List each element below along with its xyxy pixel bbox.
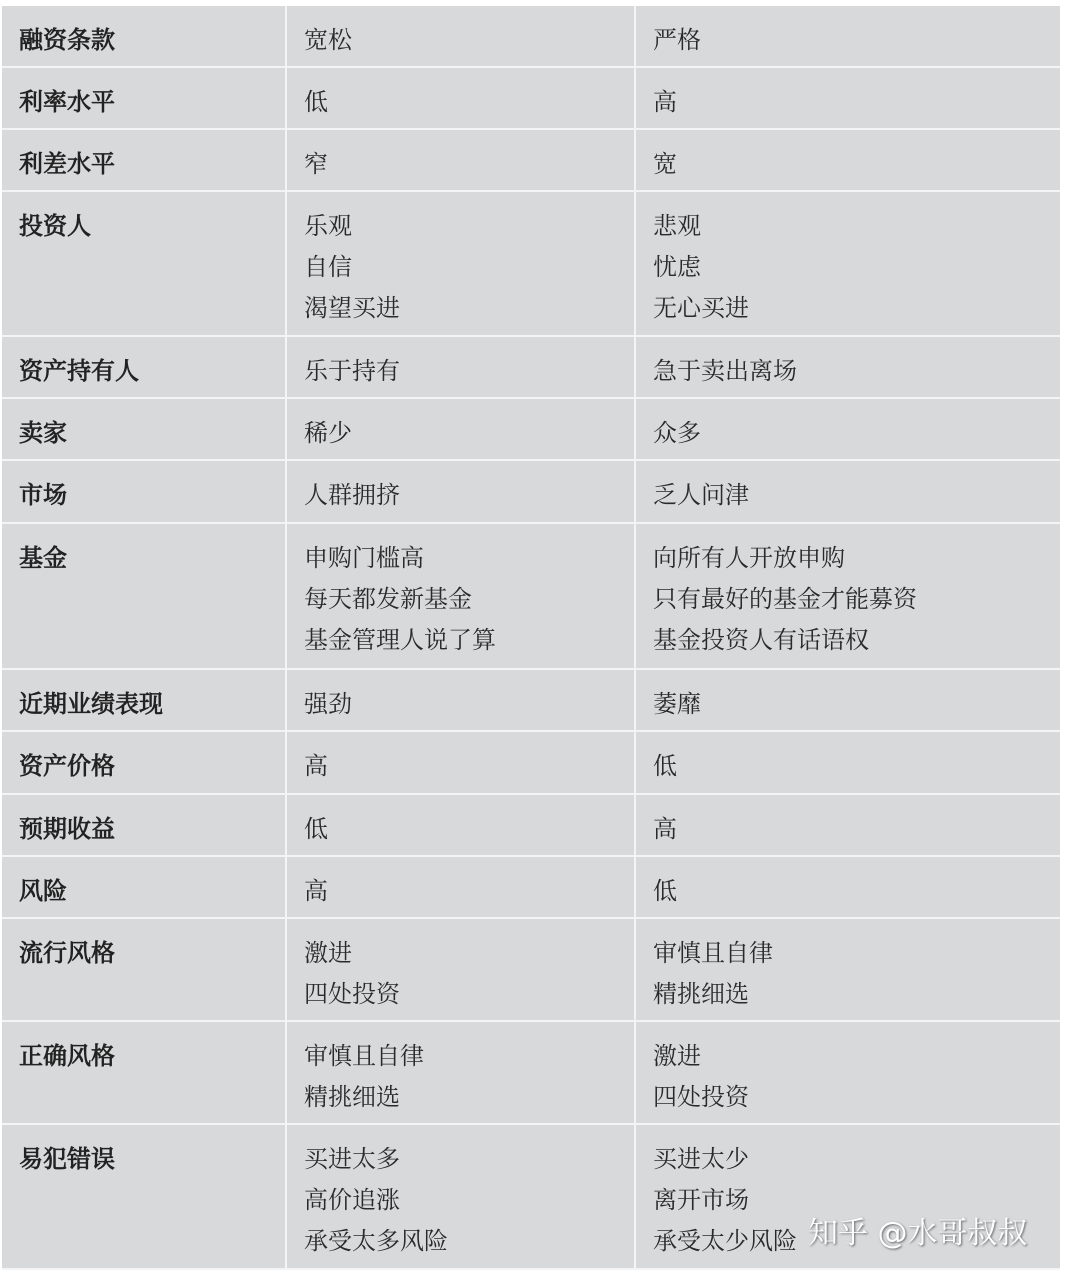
strict-cell: 低 [636,857,1060,917]
loose-cell: 窄 [287,130,636,190]
cell-line: 高价追涨 [304,1180,634,1221]
strict-cell: 众多 [636,399,1060,459]
row-label-cell: 近期业绩表现 [2,670,287,730]
loose-cell: 低 [287,68,636,128]
table-row: 利率水平低高 [2,68,1060,130]
cell-line: 高 [304,871,634,912]
cell-line: 渴望买进 [304,288,634,329]
zhihu-watermark: 知乎 @水哥叔叔 [808,1208,1028,1252]
loose-cell: 乐于持有 [287,337,636,397]
loose-cell: 审慎且自律精挑细选 [287,1022,636,1123]
cell-line: 资产持有人 [19,351,285,392]
row-label-cell: 利差水平 [2,130,287,190]
cell-line: 乏人问津 [653,475,1060,516]
cell-line: 低 [653,746,1060,787]
cell-line: 人群拥挤 [304,475,634,516]
cell-line: 高 [653,809,1060,850]
row-label-cell: 资产持有人 [2,337,287,397]
cell-line: 融资条款 [19,20,285,61]
table-row: 资产价格高低 [2,732,1060,795]
row-label-cell: 资产价格 [2,732,287,793]
strict-cell: 高 [636,68,1060,128]
cell-line: 强劲 [304,684,634,725]
cell-line: 资产价格 [19,746,285,787]
loose-cell: 高 [287,857,636,917]
loose-cell: 稀少 [287,399,636,459]
row-label-cell: 流行风格 [2,919,287,1020]
cell-line: 正确风格 [19,1036,285,1077]
cell-line: 只有最好的基金才能募资 [653,579,1060,620]
strict-cell: 高 [636,795,1060,855]
strict-cell: 悲观忧虑无心买进 [636,192,1060,335]
cell-line: 卖家 [19,413,285,454]
row-label-cell: 正确风格 [2,1022,287,1123]
strict-cell: 急于卖出离场 [636,337,1060,397]
row-label-cell: 基金 [2,524,287,668]
cell-line: 激进 [304,933,634,974]
row-label-cell: 市场 [2,461,287,522]
cell-line: 向所有人开放申购 [653,538,1060,579]
loose-cell: 乐观自信渴望买进 [287,192,636,335]
strict-cell: 审慎且自律精挑细选 [636,919,1060,1020]
cell-line: 悲观 [653,206,1060,247]
cell-line: 买进太少 [653,1139,1060,1180]
table-row: 融资条款宽松严格 [2,6,1060,68]
cell-line: 高 [304,746,634,787]
table-row: 近期业绩表现强劲萎靡 [2,670,1060,732]
cell-line: 四处投资 [304,974,634,1015]
table-row: 卖家稀少众多 [2,399,1060,461]
table-row: 投资人乐观自信渴望买进悲观忧虑无心买进 [2,192,1060,337]
row-label-cell: 投资人 [2,192,287,335]
cell-line: 易犯错误 [19,1139,285,1180]
cell-line: 预期收益 [19,809,285,850]
cell-line: 激进 [653,1036,1060,1077]
cell-line: 乐观 [304,206,634,247]
cell-line: 基金投资人有话语权 [653,620,1060,661]
cell-line: 市场 [19,475,285,516]
strict-cell: 激进四处投资 [636,1022,1060,1123]
cell-line: 低 [304,809,634,850]
row-label-cell: 预期收益 [2,795,287,855]
table-row: 基金申购门槛高每天都发新基金基金管理人说了算向所有人开放申购只有最好的基金才能募… [2,524,1060,670]
cell-line: 宽松 [304,20,634,61]
cell-line: 申购门槛高 [304,538,634,579]
strict-cell: 萎靡 [636,670,1060,730]
table-row: 资产持有人乐于持有急于卖出离场 [2,337,1060,399]
strict-cell: 向所有人开放申购只有最好的基金才能募资基金投资人有话语权 [636,524,1060,668]
strict-cell: 乏人问津 [636,461,1060,522]
cell-line: 四处投资 [653,1077,1060,1118]
table-row: 预期收益低高 [2,795,1060,857]
cell-line: 风险 [19,871,285,912]
cell-line: 低 [653,871,1060,912]
row-label-cell: 风险 [2,857,287,917]
row-label-cell: 易犯错误 [2,1125,287,1268]
loose-cell: 宽松 [287,6,636,66]
cell-line: 无心买进 [653,288,1060,329]
row-label-cell: 利率水平 [2,68,287,128]
cell-line: 低 [304,82,634,123]
cell-line: 自信 [304,247,634,288]
cell-line: 宽 [653,144,1060,185]
cell-line: 基金 [19,538,285,579]
cell-line: 审慎且自律 [304,1036,634,1077]
strict-cell: 严格 [636,6,1060,66]
cell-line: 每天都发新基金 [304,579,634,620]
loose-cell: 买进太多高价追涨承受太多风险 [287,1125,636,1268]
cell-line: 高 [653,82,1060,123]
cell-line: 利率水平 [19,82,285,123]
cell-line: 基金管理人说了算 [304,620,634,661]
cell-line: 买进太多 [304,1139,634,1180]
strict-cell: 低 [636,732,1060,793]
cell-line: 急于卖出离场 [653,351,1060,392]
cell-line: 承受太多风险 [304,1221,634,1262]
table-row: 市场人群拥挤乏人问津 [2,461,1060,524]
loose-cell: 人群拥挤 [287,461,636,522]
table-row: 正确风格审慎且自律精挑细选激进四处投资 [2,1022,1060,1125]
loose-cell: 强劲 [287,670,636,730]
row-label-cell: 卖家 [2,399,287,459]
row-label-cell: 融资条款 [2,6,287,66]
cell-line: 流行风格 [19,933,285,974]
table-row: 利差水平窄宽 [2,130,1060,192]
cell-line: 投资人 [19,206,285,247]
cell-line: 众多 [653,413,1060,454]
table-row: 流行风格激进四处投资审慎且自律精挑细选 [2,919,1060,1022]
cell-line: 乐于持有 [304,351,634,392]
cell-line: 精挑细选 [653,974,1060,1015]
loose-cell: 激进四处投资 [287,919,636,1020]
market-cycle-comparison-table: 融资条款宽松严格利率水平低高利差水平窄宽投资人乐观自信渴望买进悲观忧虑无心买进资… [2,6,1060,1270]
table-row: 风险高低 [2,857,1060,919]
strict-cell: 宽 [636,130,1060,190]
cell-line: 精挑细选 [304,1077,634,1118]
loose-cell: 申购门槛高每天都发新基金基金管理人说了算 [287,524,636,668]
cell-line: 利差水平 [19,144,285,185]
cell-line: 窄 [304,144,634,185]
cell-line: 萎靡 [653,684,1060,725]
cell-line: 近期业绩表现 [19,684,285,725]
loose-cell: 高 [287,732,636,793]
cell-line: 稀少 [304,413,634,454]
cell-line: 忧虑 [653,247,1060,288]
cell-line: 审慎且自律 [653,933,1060,974]
cell-line: 严格 [653,20,1060,61]
loose-cell: 低 [287,795,636,855]
